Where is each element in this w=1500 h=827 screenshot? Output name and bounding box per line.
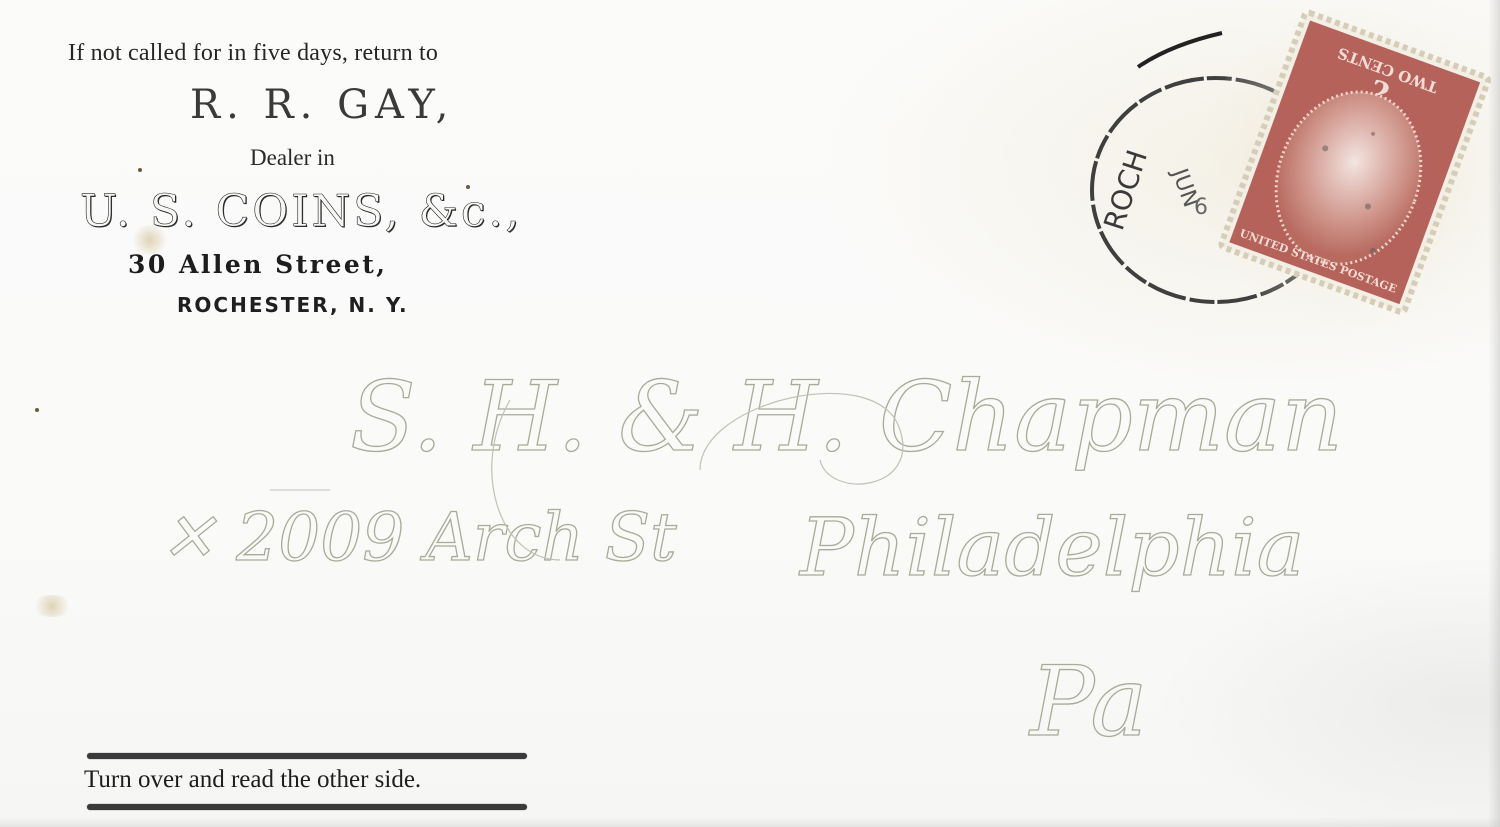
envelope-edge: [1488, 0, 1500, 827]
speck: [138, 168, 142, 172]
street-handwritten: ✕ 2009 Arch St: [160, 499, 677, 576]
envelope-edge: [0, 817, 1500, 827]
state-handwritten: Pa: [1028, 646, 1148, 758]
recipient-name: S. H. & H. Chapman: [350, 361, 1343, 473]
divider-rule: [87, 804, 527, 810]
postage-stamp: TWO CENTS 2 UNITED STATES POSTAGE: [1200, 8, 1500, 328]
business-line: U. S. COINS, &c.,: [80, 186, 523, 237]
footer-notice: Turn over and read the other side.: [84, 766, 421, 794]
dealer-tagline: Dealer in: [250, 145, 335, 171]
dealer-name: R. R. GAY,: [190, 82, 454, 128]
return-instruction: If not called for in five days, return t…: [68, 40, 438, 67]
envelope: If not called for in five days, return t…: [0, 0, 1500, 827]
postmark-town: ROCH: [1097, 146, 1154, 234]
city-address: ROCHESTER, N. Y.: [177, 293, 409, 317]
divider-rule: [87, 753, 527, 759]
handwritten-address: S. H. & H. Chapman ✕ 2009 Arch St Philad…: [0, 300, 1500, 780]
stain: [30, 595, 74, 617]
speck: [35, 408, 39, 412]
stamp-portrait-icon: TWO CENTS 2 UNITED STATES POSTAGE: [1200, 8, 1500, 328]
city-handwritten: Philadelphia: [798, 501, 1304, 594]
street-address: 30 Allen Street,: [128, 250, 388, 279]
